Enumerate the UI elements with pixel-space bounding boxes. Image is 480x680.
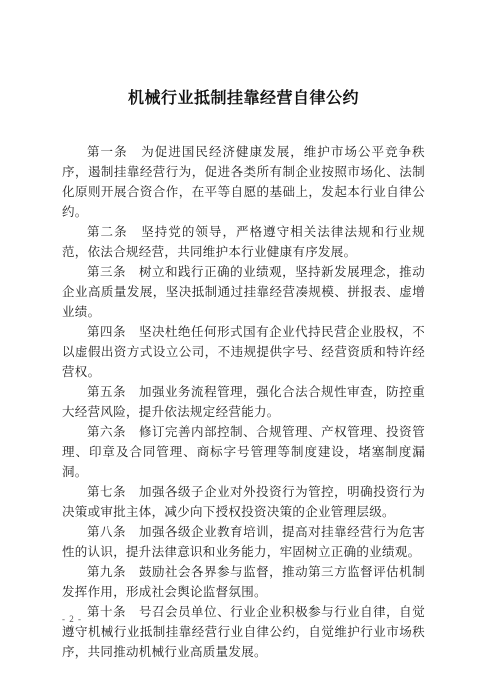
document-title: 机械行业抵制挂靠经营自律公约 — [62, 88, 425, 109]
paragraph: 第一条 为促进国民经济健康发展，维护市场公平竞争秩序，遏制挂靠经营行为，促进各类… — [62, 142, 425, 222]
paragraph: 第七条 加强各级子企业对外投资行为管控，明确投资行为决策或审批主体，减少向下授权… — [62, 482, 425, 522]
document-content: 机械行业抵制挂靠经营自律公约 第一条 为促进国民经济健康发展，维护市场公平竞争秩… — [0, 0, 480, 662]
paragraph: 第三条 树立和践行正确的业绩观，坚持新发展理念，推动企业高质量发展，坚决抵制通过… — [62, 262, 425, 322]
paragraph: 第八条 加强各级企业教育培训，提高对挂靠经营行为危害性的认识，提升法律意识和业务… — [62, 522, 425, 562]
paragraph: 第九条 鼓励社会各界参与监督，推动第三方监督评估机制发挥作用，形成社会舆论监督氛… — [62, 562, 425, 602]
paragraph: 第十条 号召会员单位、行业企业积极参与行业自律，自觉遵守机械行业抵制挂靠经营行业… — [62, 602, 425, 662]
document-page: 机械行业抵制挂靠经营自律公约 第一条 为促进国民经济健康发展，维护市场公平竞争秩… — [0, 0, 480, 680]
paragraph: 第四条 坚决杜绝任何形式国有企业代持民营企业股权，不以虚假出资方式设立公司，不违… — [62, 322, 425, 382]
document-body: 第一条 为促进国民经济健康发展，维护市场公平竞争秩序，遏制挂靠经营行为，促进各类… — [62, 142, 425, 662]
paragraph: 第二条 坚持党的领导，严格遵守相关法律法规和行业规范，依法合规经营，共同维护本行… — [62, 222, 425, 262]
page-number: - 2 - — [62, 613, 82, 625]
paragraph: 第五条 加强业务流程管理，强化合法合规性审查，防控重大经营风险，提升依法规定经营… — [62, 382, 425, 422]
paragraph: 第六条 修订完善内部控制、合规管理、产权管理、投资管理、印章及合同管理、商标字号… — [62, 422, 425, 482]
